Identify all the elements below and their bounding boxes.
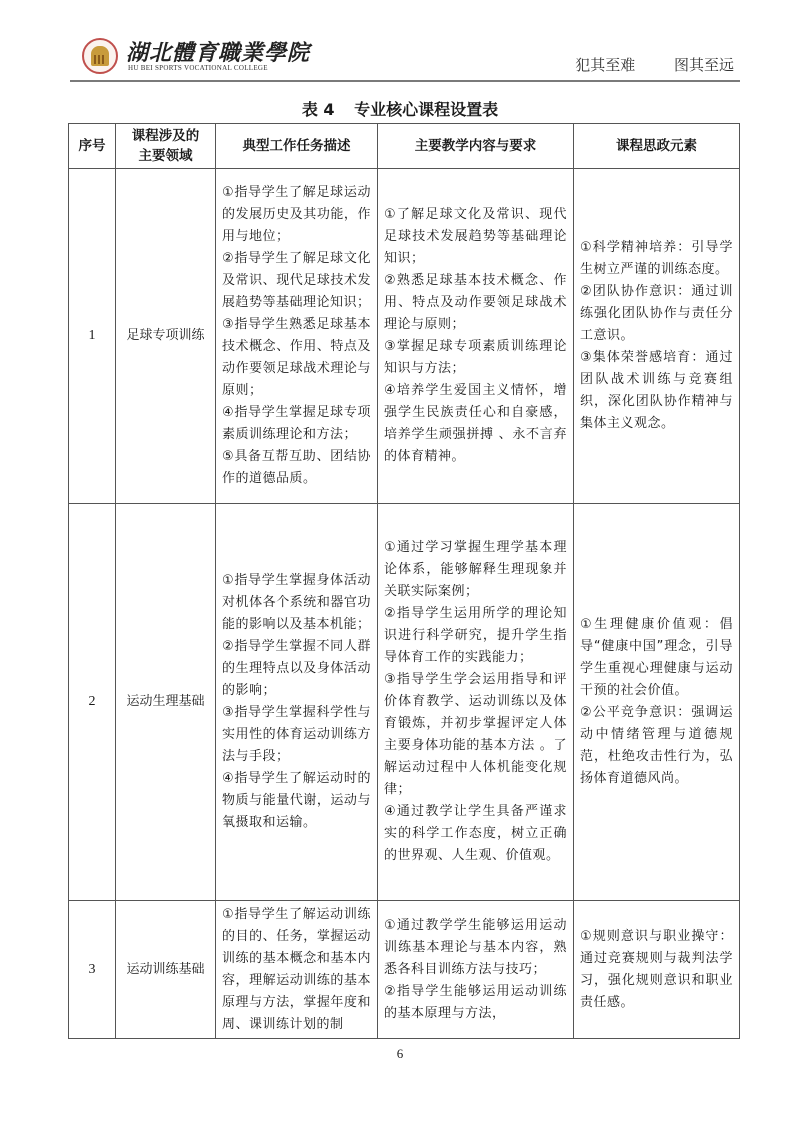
motto-part-2: 图其至远 — [674, 56, 734, 74]
college-motto: 犯其至难 图其至远 — [557, 54, 734, 75]
row-teaching-content: ①通过学习掌握生理学基本理论体系，能够解释生理现象并关联实际案例； ②指导学生运… — [378, 504, 574, 901]
core-course-table: 序号 课程涉及的 主要领域 典型工作任务描述 主要教学内容与要求 课程思政元素 … — [68, 123, 740, 1039]
row-ideology-elements: ①生理健康价值观：倡导“健康中国”理念，引导学生重视心理健康与运动干预的社会价值… — [574, 504, 740, 901]
table-row: 3 运动训练基础 ①指导学生了解运动训练的目的、任务，掌握运动训练的基本概念和基… — [69, 901, 740, 1039]
row-ideology-elements: ①科学精神培养：引导学生树立严谨的训练态度。 ②团队协作意识：通过训练强化团队协… — [574, 169, 740, 504]
table-row: 2 运动生理基础 ①指导学生掌握身体活动对机体各个系统和器官功能的影响以及基本机… — [69, 504, 740, 901]
college-name-cn: 湖北體育職業學院 — [126, 36, 310, 67]
table-number: 表 4 — [302, 100, 335, 119]
row-field: 运动生理基础 — [116, 504, 216, 901]
page-header: 湖北體育職業學院 HU BEI SPORTS VOCATIONAL COLLEG… — [70, 32, 740, 82]
row-teaching-content: ①了解足球文化及常识、现代足球技术发展趋势等基础理论知识； ②熟悉足球基本技术概… — [378, 169, 574, 504]
table-title-text: 专业核心课程设置表 — [354, 100, 498, 119]
table-row: 1 足球专项训练 ①指导学生了解足球运动的发展历史及其功能，作用与地位； ②指导… — [69, 169, 740, 504]
row-task-description: ①指导学生了解足球运动的发展历史及其功能，作用与地位； ②指导学生了解足球文化及… — [216, 169, 378, 504]
row-task-description: ①指导学生了解运动训练的目的、任务，掌握运动训练的基本概念和基本内容，理解运动训… — [216, 901, 378, 1039]
header-ideology: 课程思政元素 — [574, 124, 740, 169]
row-field: 运动训练基础 — [116, 901, 216, 1039]
motto-part-1: 犯其至难 — [575, 56, 635, 74]
header-task: 典型工作任务描述 — [216, 124, 378, 169]
page-number: 6 — [0, 1046, 800, 1062]
row-task-description: ①指导学生掌握身体活动对机体各个系统和器官功能的影响以及基本机能； ②指导学生掌… — [216, 504, 378, 901]
row-index: 2 — [69, 504, 116, 901]
header-index: 序号 — [69, 124, 116, 169]
row-index: 1 — [69, 169, 116, 504]
row-field: 足球专项训练 — [116, 169, 216, 504]
header-field: 课程涉及的 主要领域 — [116, 124, 216, 169]
header-content: 主要教学内容与要求 — [378, 124, 574, 169]
college-name-en: HU BEI SPORTS VOCATIONAL COLLEGE — [128, 64, 268, 72]
table-header-row: 序号 课程涉及的 主要领域 典型工作任务描述 主要教学内容与要求 课程思政元素 — [69, 124, 740, 169]
header-divider — [70, 80, 740, 82]
row-teaching-content: ①通过教学学生能够运用运动训练基本理论与基本内容，熟悉各科目训练方法与技巧； ②… — [378, 901, 574, 1039]
college-emblem-icon — [82, 38, 118, 74]
table-title: 表 4 专业核心课程设置表 — [0, 97, 800, 120]
row-index: 3 — [69, 901, 116, 1039]
row-ideology-elements: ①规则意识与职业操守：通过竞赛规则与裁判法学习，强化规则意识和职业责任感。 — [574, 901, 740, 1039]
